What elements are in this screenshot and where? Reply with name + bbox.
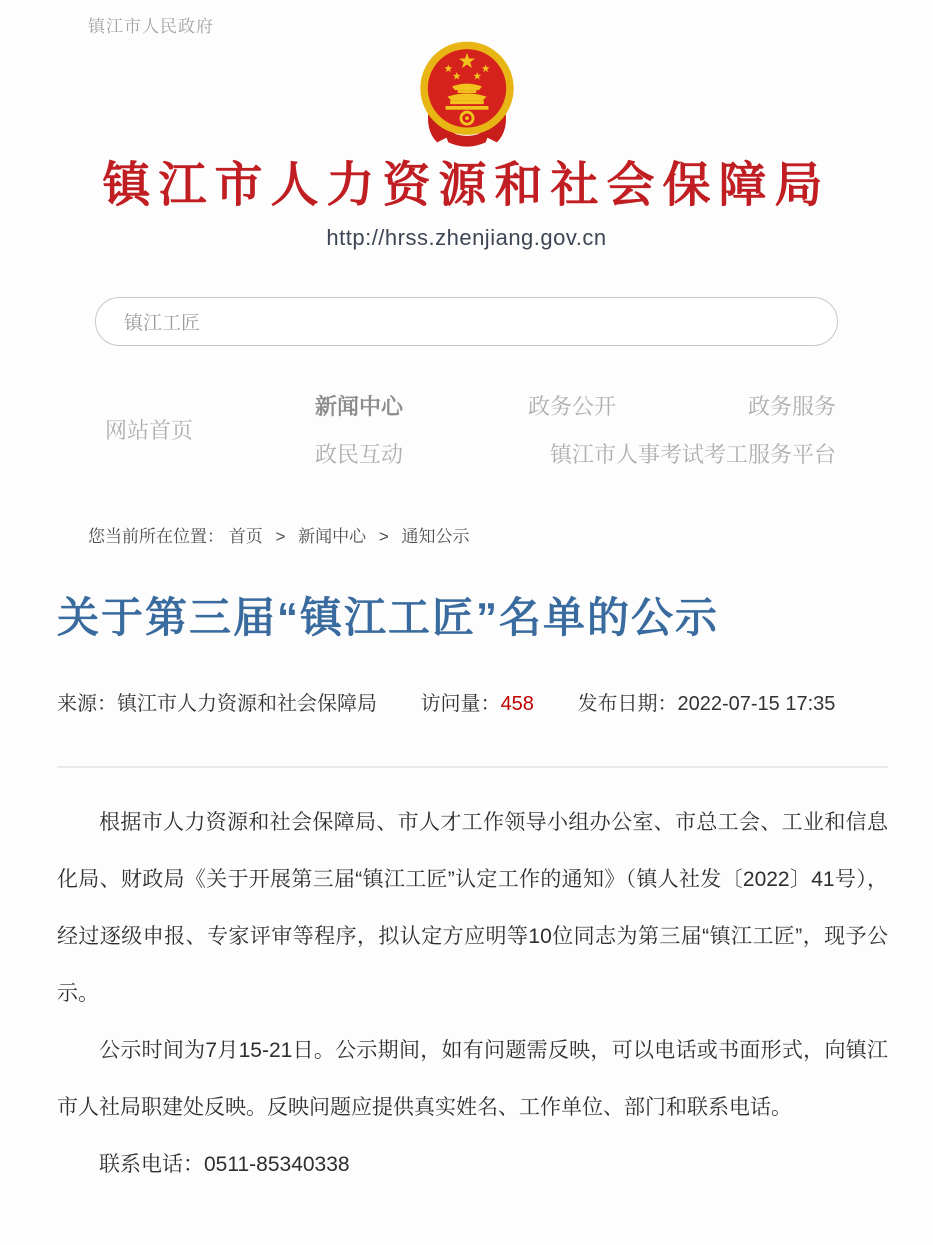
article-title: 关于第三届“镇江工匠”名单的公示 xyxy=(57,593,888,643)
nav-item-home[interactable]: 网站首页 xyxy=(105,414,193,445)
source-label: 来源： xyxy=(57,693,117,715)
nav-item-gov-services[interactable]: 政务服务 xyxy=(748,390,836,421)
breadcrumb-item-news-center[interactable]: 新闻中心 xyxy=(298,527,366,546)
search-input[interactable] xyxy=(95,297,838,346)
breadcrumb: 您当前所在位置： 首页 > 新闻中心 > 通知公示 xyxy=(88,522,933,547)
divider xyxy=(57,766,888,768)
site-title: 镇江市人力资源和社会保障局 xyxy=(0,157,933,215)
publish-date-label: 发布日期： xyxy=(578,693,678,715)
breadcrumb-separator: > xyxy=(379,527,389,546)
visits-label: 访问量： xyxy=(421,693,501,715)
breadcrumb-item-home[interactable]: 首页 xyxy=(229,527,263,546)
publish-date-value: 2022-07-15 17:35 xyxy=(678,693,836,715)
article-paragraph: 根据市人力资源和社会保障局、市人才工作领导小组办公室、市总工会、工业和信息化局、… xyxy=(57,794,888,1022)
nav-item-public-interaction[interactable]: 政民互动 xyxy=(315,438,403,469)
nav-item-news-center[interactable]: 新闻中心 xyxy=(315,390,403,421)
nav-item-exam-platform[interactable]: 镇江市人事考试考工服务平台 xyxy=(550,438,836,469)
national-emblem-icon xyxy=(411,36,523,148)
source-value: 镇江市人力资源和社会保障局 xyxy=(117,693,377,715)
article-paragraph-contact-phone: 联系电话：0511-85340338 xyxy=(57,1136,888,1193)
nav-item-gov-disclosure[interactable]: 政务公开 xyxy=(528,390,616,421)
article-meta: 来源：镇江市人力资源和社会保障局 访问量：458 发布日期：2022-07-15… xyxy=(57,687,888,716)
site-header: 镇江市人力资源和社会保障局 http://hrss.zhenjiang.gov.… xyxy=(0,0,933,251)
breadcrumb-label: 您当前所在位置： xyxy=(88,527,224,546)
article: 关于第三届“镇江工匠”名单的公示 来源：镇江市人力资源和社会保障局 访问量：45… xyxy=(57,593,888,1193)
breadcrumb-separator: > xyxy=(275,527,285,546)
visits-count: 458 xyxy=(501,693,534,715)
article-paragraph: 公示时间为7月15-21日。公示期间，如有问题需反映，可以电话或书面形式，向镇江… xyxy=(57,1022,888,1136)
breadcrumb-item-notices[interactable]: 通知公示 xyxy=(402,527,470,546)
search-bar xyxy=(95,297,838,346)
article-body: 根据市人力资源和社会保障局、市人才工作领导小组办公室、市总工会、工业和信息化局、… xyxy=(57,794,888,1193)
city-government-link[interactable]: 镇江市人民政府 xyxy=(88,12,214,37)
main-nav: 网站首页 新闻中心 政务公开 政务服务 政民互动 镇江市人事考试考工服务平台 xyxy=(0,382,933,482)
site-url: http://hrss.zhenjiang.gov.cn xyxy=(0,225,933,251)
